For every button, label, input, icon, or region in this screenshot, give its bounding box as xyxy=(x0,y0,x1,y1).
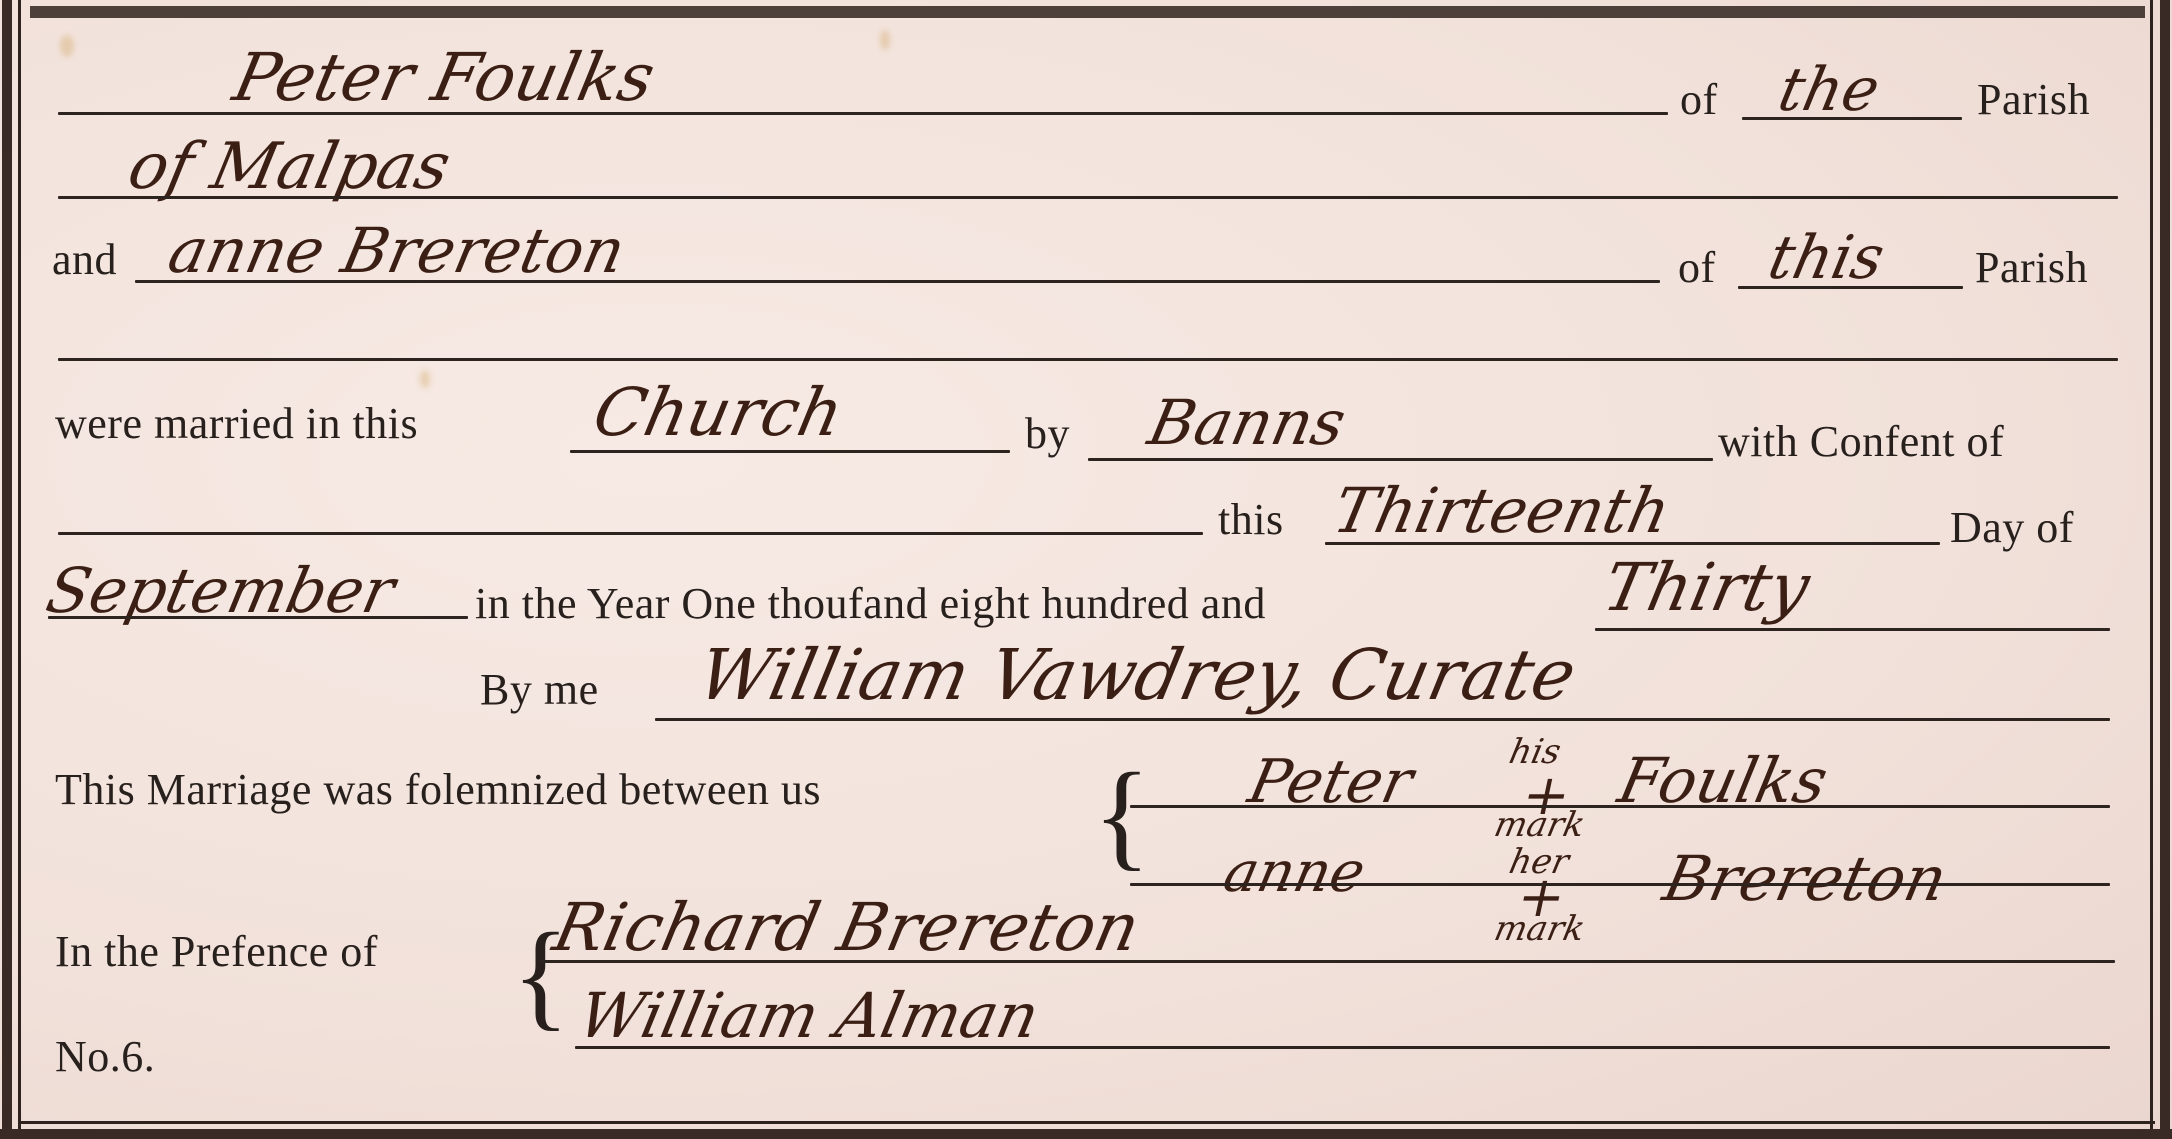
day-line xyxy=(1325,542,1940,545)
bride-mark-below: mark xyxy=(1491,912,1588,946)
marriage-place: Church xyxy=(588,380,849,446)
signatures-brace: { xyxy=(1093,755,1151,875)
bride-signature-last: Brereton xyxy=(1658,848,1952,910)
entry-number: No.6. xyxy=(55,1035,155,1079)
label-of-1: of xyxy=(1680,78,1718,122)
label-solemnized: This Marriage was folemnized between us xyxy=(55,768,821,812)
frame-rule-bottom xyxy=(20,1121,2155,1124)
bride-signature-first: anne xyxy=(1219,845,1370,901)
officiant-line xyxy=(655,718,2110,721)
bride-parish-prefix: this xyxy=(1764,228,1889,288)
blank-line xyxy=(58,358,2118,361)
label-this: this xyxy=(1218,498,1284,542)
consent-line xyxy=(58,532,1203,535)
bride-name: anne Brereton xyxy=(163,220,630,282)
paper-stain xyxy=(880,30,890,50)
place-line xyxy=(570,450,1010,453)
officiant-signature: William Vawdrey, Curate xyxy=(693,640,1582,710)
label-parish-1: Parish xyxy=(1977,78,2090,122)
marriage-method: Banns xyxy=(1143,392,1350,454)
frame-border-left xyxy=(2,0,12,1139)
witness-2-line xyxy=(575,1046,2110,1049)
groom-residence: of Malpas xyxy=(123,135,455,199)
groom-parish-prefix: the xyxy=(1774,60,1885,120)
label-were-married: were married in this xyxy=(55,402,418,446)
register-page: Peter Foulks of the Parish of Malpas and… xyxy=(0,0,2172,1139)
label-presence: In the Prefence of xyxy=(55,930,378,974)
groom-signature-last: Foulks xyxy=(1613,750,1832,812)
frame-rule-left xyxy=(18,0,21,1130)
frame-border-right xyxy=(2160,0,2170,1139)
label-by: by xyxy=(1025,412,1070,456)
witness-1-line xyxy=(540,960,2115,963)
bride-name-line xyxy=(135,280,1660,283)
label-parish-2: Parish xyxy=(1975,246,2088,290)
residence-line xyxy=(58,196,2118,199)
label-by-me: By me xyxy=(480,668,599,712)
label-day-of: Day of xyxy=(1950,506,2074,550)
groom-name-line xyxy=(58,112,1668,115)
frame-border-top xyxy=(30,6,2145,18)
groom-signature-first: Peter xyxy=(1244,752,1418,812)
witness-2-signature: William Alman xyxy=(573,985,1044,1047)
bride-signature-line xyxy=(1130,883,2110,886)
label-and: and xyxy=(52,238,117,282)
groom-signature-line xyxy=(1130,805,2110,808)
groom-name: Peter Foulks xyxy=(228,45,660,111)
label-with-consent: with Confent of xyxy=(1718,420,2004,464)
groom-mark-below: mark xyxy=(1491,808,1588,842)
paper-stain xyxy=(60,35,74,57)
label-in-the-year: in the Year One thoufand eight hundred a… xyxy=(475,582,1266,626)
year-line xyxy=(1595,628,2110,631)
frame-border-bottom xyxy=(0,1129,2172,1139)
month-line xyxy=(48,616,468,619)
witness-1-signature: Richard Brereton xyxy=(548,895,1145,961)
marriage-month: September xyxy=(41,560,399,622)
paper-stain xyxy=(420,370,430,388)
label-of-2: of xyxy=(1678,246,1716,290)
method-line xyxy=(1088,458,1713,461)
marriage-day: Thirteenth xyxy=(1328,480,1675,542)
marriage-year-suffix: Thirty xyxy=(1598,555,1815,621)
frame-rule-right xyxy=(2150,0,2153,1139)
